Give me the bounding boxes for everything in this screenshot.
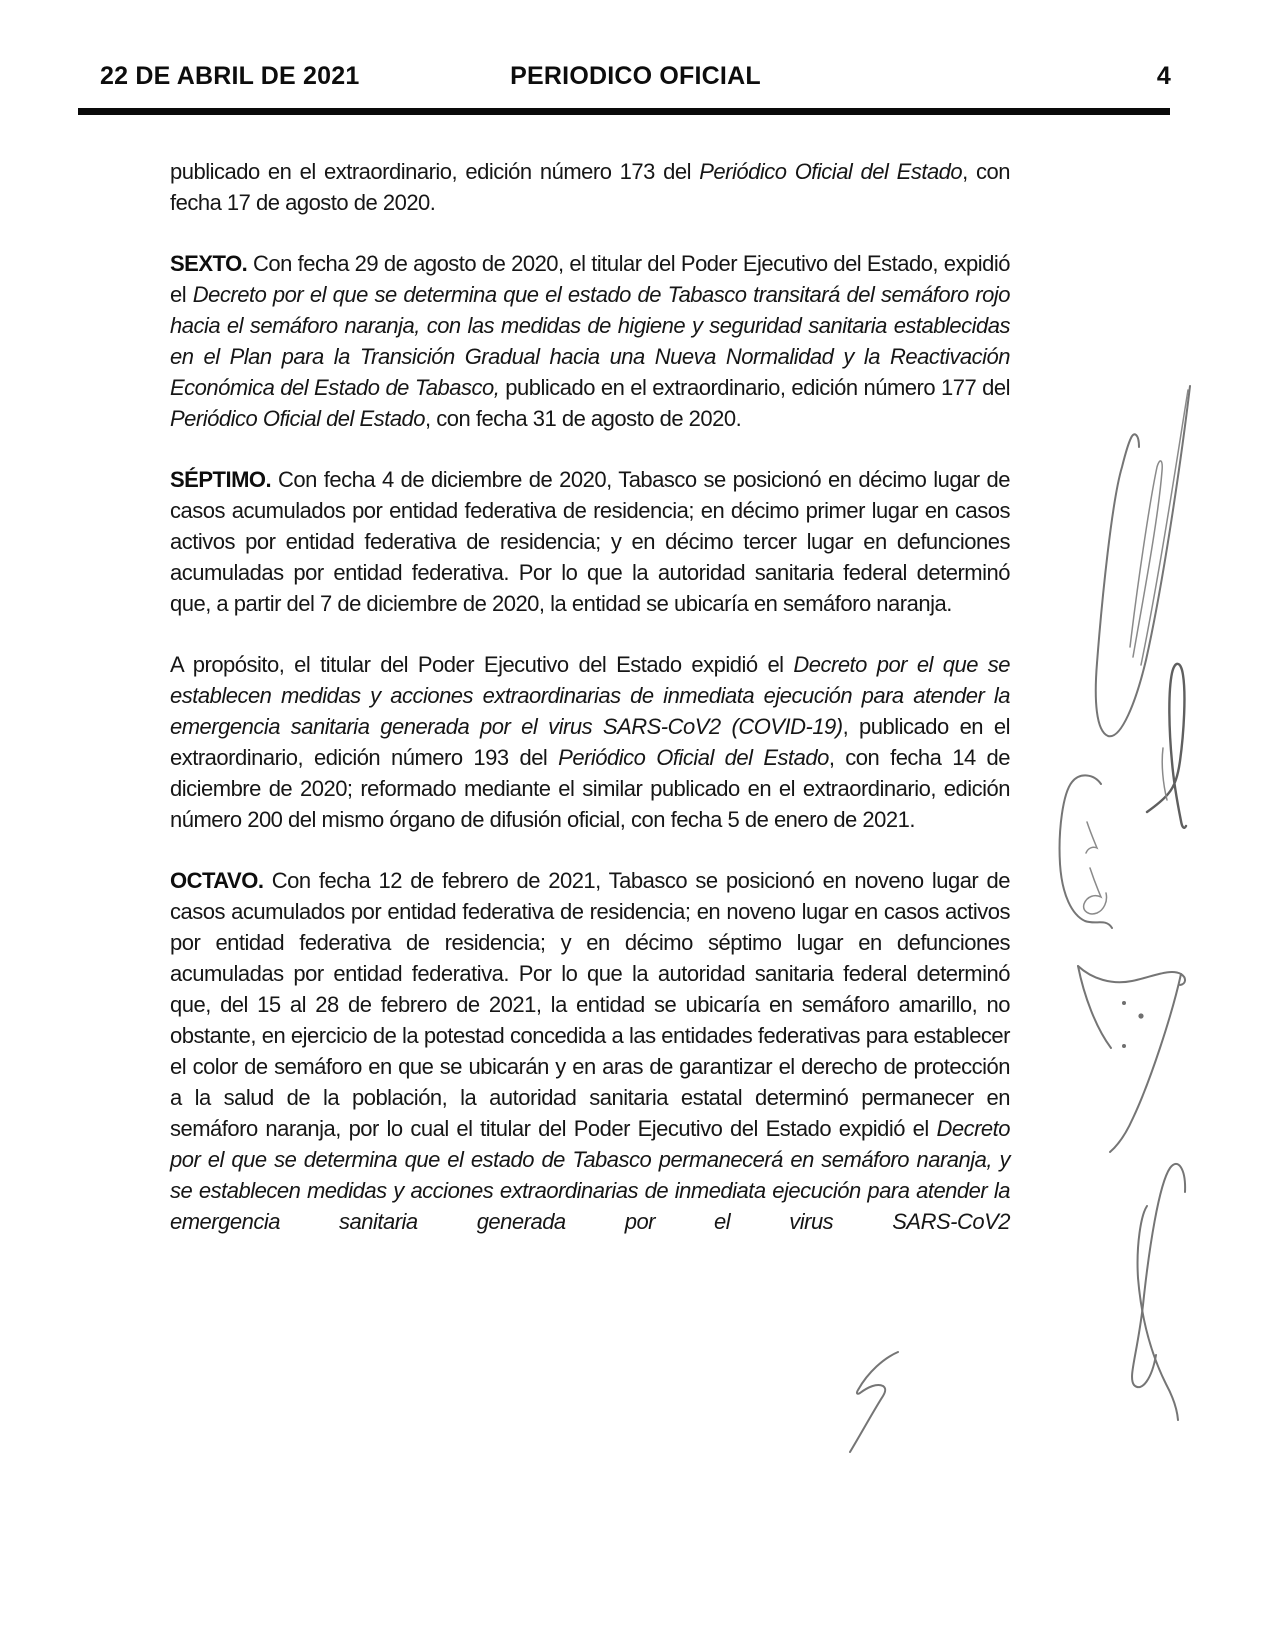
pen-stroke-tall-loop bbox=[1096, 386, 1190, 736]
septimo-paragraph: SÉPTIMO. Con fecha 4 de diciembre de 202… bbox=[170, 464, 1010, 619]
octavo-paragraph: OCTAVO. Con fecha 12 de febrero de 2021,… bbox=[170, 865, 1010, 1237]
text-run-normal: publicado en el extraordinario, edición … bbox=[499, 375, 1010, 400]
text-run-normal: A propósito, el titular del Poder Ejecut… bbox=[170, 652, 793, 677]
header-date: 22 DE ABRIL DE 2021 bbox=[100, 62, 359, 91]
text-run-normal: publicado en el extraordinario, edición … bbox=[170, 159, 699, 184]
header-page-number: 4 bbox=[1157, 62, 1171, 91]
document-body: publicado en el extraordinario, edición … bbox=[170, 156, 1010, 1267]
text-run-normal: Con fecha 4 de diciembre de 2020, Tabasc… bbox=[170, 467, 1010, 616]
page-header: PERIODICO OFICIAL 22 DE ABRIL DE 2021 4 bbox=[100, 62, 1171, 91]
gazette-page: PERIODICO OFICIAL 22 DE ABRIL DE 2021 4 … bbox=[0, 0, 1275, 1650]
text-run-bold: OCTAVO. bbox=[170, 868, 272, 893]
sexto-paragraph: SEXTO. Con fecha 29 de agosto de 2020, e… bbox=[170, 248, 1010, 434]
text-run-normal: , con fecha 31 de agosto de 2020. bbox=[425, 406, 741, 431]
text-run-bold: SEXTO. bbox=[170, 251, 253, 276]
pen-stroke-triangle-check bbox=[1078, 966, 1185, 1152]
intro-continuation-paragraph: publicado en el extraordinario, edición … bbox=[170, 156, 1010, 218]
pen-stroke-zigzag bbox=[850, 1352, 898, 1452]
pen-stroke-crossed-loops bbox=[1132, 1164, 1185, 1420]
text-run-italic: Periódico Oficial del Estado bbox=[170, 406, 425, 431]
a-proposito-paragraph: A propósito, el titular del Poder Ejecut… bbox=[170, 649, 1010, 835]
text-run-italic: Periódico Oficial del Estado bbox=[699, 159, 962, 184]
text-run-normal: Con fecha 12 de febrero de 2021, Tabasco… bbox=[170, 868, 1010, 1141]
pen-stroke-open-arc bbox=[1060, 775, 1112, 928]
text-run-bold: SÉPTIMO. bbox=[170, 467, 278, 492]
pen-stroke-cursive-l bbox=[1147, 664, 1186, 828]
text-run-italic: Periódico Oficial del Estado bbox=[558, 745, 829, 770]
header-divider-rule bbox=[78, 108, 1170, 115]
